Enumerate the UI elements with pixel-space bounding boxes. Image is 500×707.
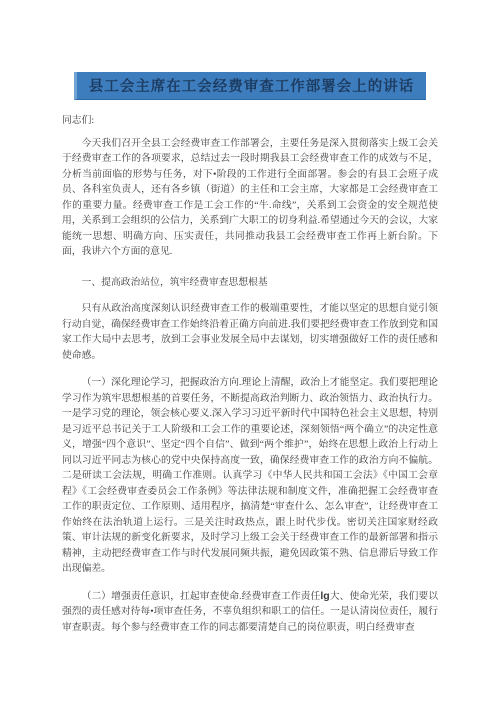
intro-paragraph: 今天我们召开全县工会经费审查工作部署会，主要任务是深入贯彻落实上级工会关于经费审…	[62, 136, 438, 260]
document-content: 县工会主席在工会经费审查工作部署会上的讲话 同志们: 今天我们召开全县工会经费审…	[0, 0, 500, 635]
document-title-bar: 县工会主席在工会经费审查工作部署会上的讲话	[74, 72, 426, 100]
document-page: 县工会主席在工会经费审查工作部署会上的讲话 同志们: 今天我们召开全县工会经费审…	[0, 0, 500, 707]
point-2-text-bold: lg	[320, 590, 329, 602]
section-1-lead-paragraph: 只有从政治高度深刻认识经费审查工作的极端重要性，才能以坚定的思想自觉引领行动自觉…	[62, 301, 438, 363]
section-1-point-1-paragraph: （一）深化理论学习，把握政治方向.理论上清醒，政治上才能坚定。我们要把理论学习作…	[62, 375, 438, 577]
document-title: 县工会主席在工会经费审查工作部署会上的讲话	[89, 75, 415, 96]
salutation: 同志们:	[62, 113, 438, 129]
section-1-heading: 一、提高政治站位，筑牢经费审查思想根基	[62, 275, 438, 291]
section-1-point-2-paragraph: （二）增强责任意识，扛起审查使命.经费审查工作责任lg大、使命光荣，我们要以强烈…	[62, 589, 438, 636]
point-2-text-pre: （二）增强责任意识，扛起审查使命.经费审查工作责任	[82, 591, 321, 602]
